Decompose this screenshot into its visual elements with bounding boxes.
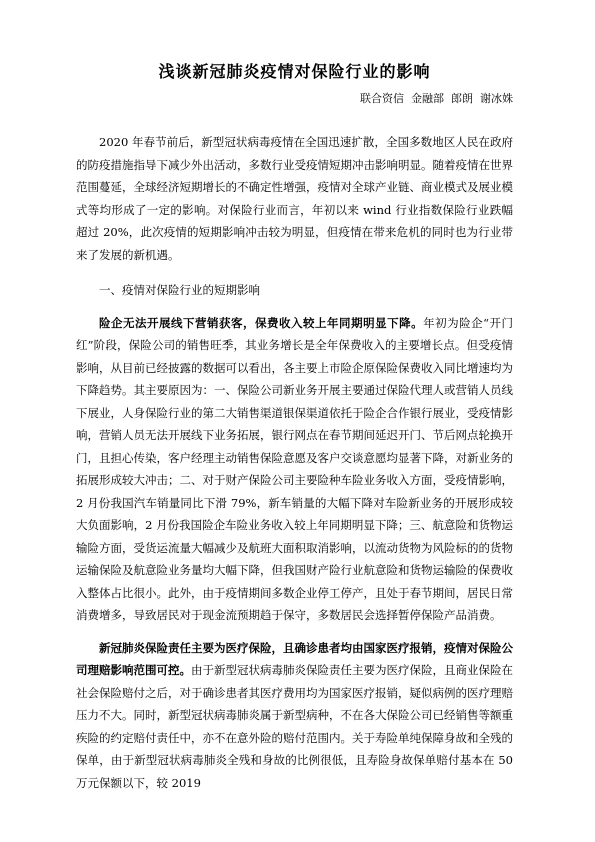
document-byline: 联合资信 金融部 郎朗 谢冰姝: [76, 91, 513, 106]
paragraph-premium-income-impact: 险企无法开展线下营销获客，保费收入较上年同期明显下降。年初为险企“开门红”阶段，…: [76, 312, 513, 627]
section-heading: 一、疫情对保险行业的短期影响: [76, 279, 513, 302]
paragraph-text: 由于新型冠状病毒肺炎保险责任主要为医疗保险，且商业保险在社会保险赔付之后，对于确…: [76, 663, 513, 790]
paragraph-text: 年初为险企“开门红”阶段，保险公司的销售旺季，其业务增长是全年保费收入的主要增长…: [76, 316, 513, 623]
paragraph-claims-impact: 新冠肺炎保险责任主要为医疗保险，且确诊患者均由国家医疗报销，疫情对保险公司理赔影…: [76, 637, 513, 795]
document-page: 浅谈新冠肺炎疫情对保险行业的影响 联合资信 金融部 郎朗 谢冰姝 2020 年春…: [0, 0, 595, 842]
paragraph-bold-lead: 险企无法开展线下营销获客，保费收入较上年同期明显下降。: [99, 316, 423, 330]
intro-paragraph: 2020 年春节前后，新型冠状病毒疫情在全国迅速扩散，全国多数地区人民在政府的防…: [76, 131, 513, 266]
document-title: 浅谈新冠肺炎疫情对保险行业的影响: [76, 60, 513, 84]
